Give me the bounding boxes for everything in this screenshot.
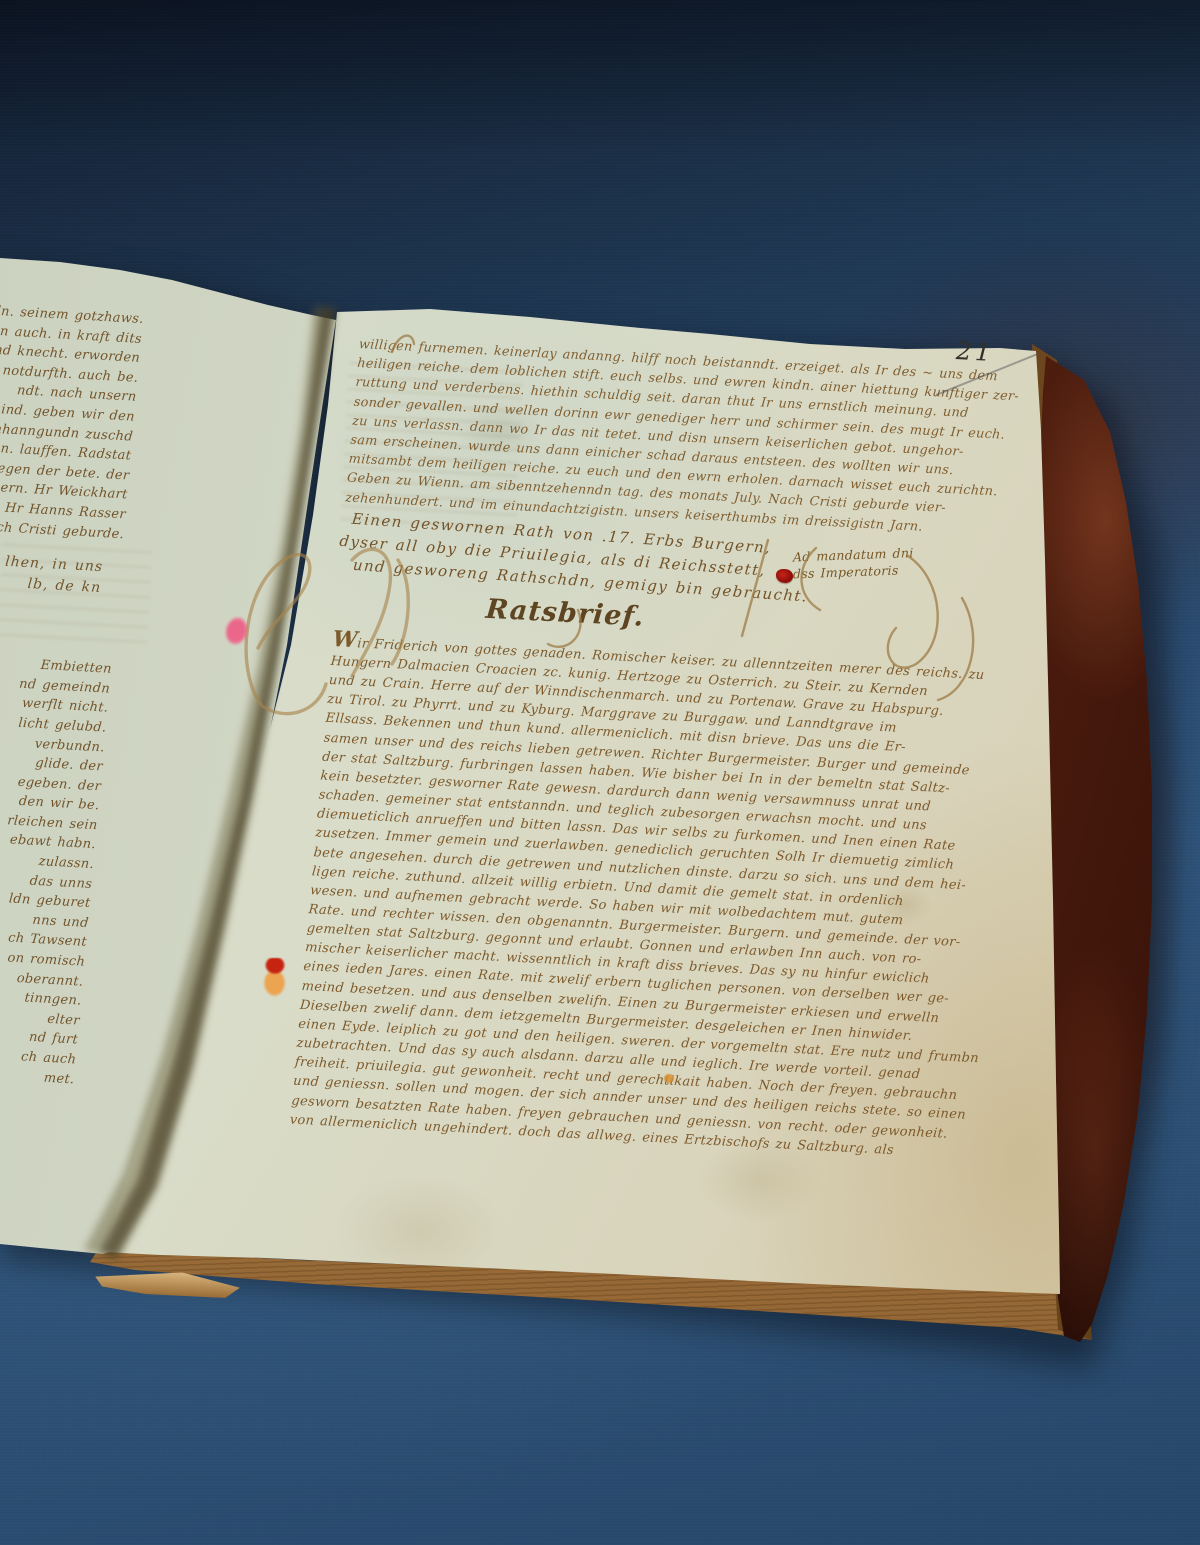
- folio-number: 21: [955, 336, 994, 367]
- left-text-upper-block: nadn. seinem gotzhaws.n auch. in kraft d…: [0, 290, 144, 544]
- manuscript-photo: nadn. seinem gotzhaws.n auch. in kraft d…: [0, 0, 1200, 1545]
- red-wax-spot: [776, 569, 793, 583]
- orange-wax-spot: [263, 958, 287, 998]
- closing-paragraph: willigen furnemen. keinerlay andanng. hi…: [344, 333, 1024, 541]
- charter-text: Wir Friderich von gottes genaden. Romisc…: [289, 630, 998, 1163]
- manuscript-line: lhen, in uns: [0, 538, 104, 578]
- left-text-middle-block: lhen, in unslb, de kn: [0, 538, 104, 599]
- right-page-text: willigen furnemen. keinerlay andanng. hi…: [289, 333, 1024, 1163]
- small-orange-spot: [664, 1074, 674, 1083]
- chancery-note: Ad mandatum dnidss Imperatoris: [793, 544, 914, 582]
